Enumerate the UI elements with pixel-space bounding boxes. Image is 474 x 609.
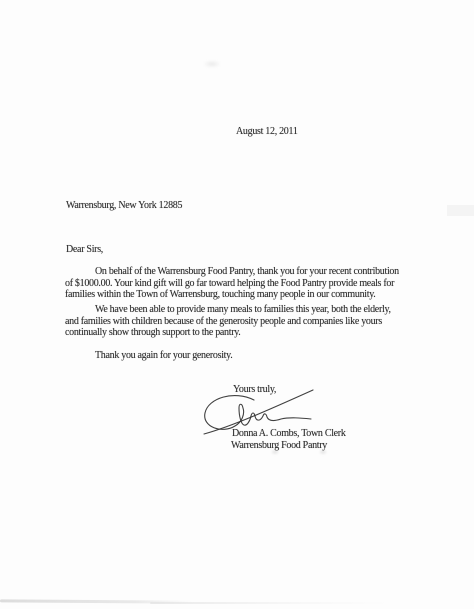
recipient-address-line: Warrensburg, New York 12885: [66, 200, 182, 212]
letter-page: August 12, 2011 Warrensburg, New York 12…: [0, 0, 474, 609]
scan-speck: [320, 450, 326, 454]
scan-smudge-top: [203, 60, 221, 68]
paragraph-3: Thank you again for your generosity.: [65, 350, 232, 362]
scan-smudge-right-edge: [447, 205, 474, 216]
paragraph-1-line-2: of $1000.00. Your kind gift will go far …: [65, 278, 399, 290]
paragraph-1-line-1: On behalf of the Warrensburg Food Pantry…: [65, 266, 399, 278]
scan-speck: [272, 450, 278, 454]
signature-stroke-main: [205, 396, 311, 430]
signer-name: Donna A. Combs, Town Clerk: [232, 428, 346, 440]
paragraph-1: On behalf of the Warrensburg Food Pantry…: [65, 266, 399, 301]
paragraph-1-line-3: families within the Town of Warrensburg,…: [65, 289, 399, 301]
letter-date: August 12, 2011: [236, 126, 298, 138]
signer-organization: Warrensburg Food Pantry: [231, 440, 327, 452]
paragraph-2-line-2: and families with children because of th…: [65, 316, 391, 328]
paragraph-2-line-3: continually show through support to the …: [65, 327, 391, 339]
paragraph-3-line-1: Thank you again for your generosity.: [65, 350, 232, 362]
scan-streak-bottom-faint: [150, 602, 390, 604]
paragraph-2-line-1: We have been able to provide many meals …: [65, 304, 391, 316]
paragraph-2: We have been able to provide many meals …: [65, 304, 391, 339]
salutation: Dear Sirs,: [66, 244, 103, 256]
